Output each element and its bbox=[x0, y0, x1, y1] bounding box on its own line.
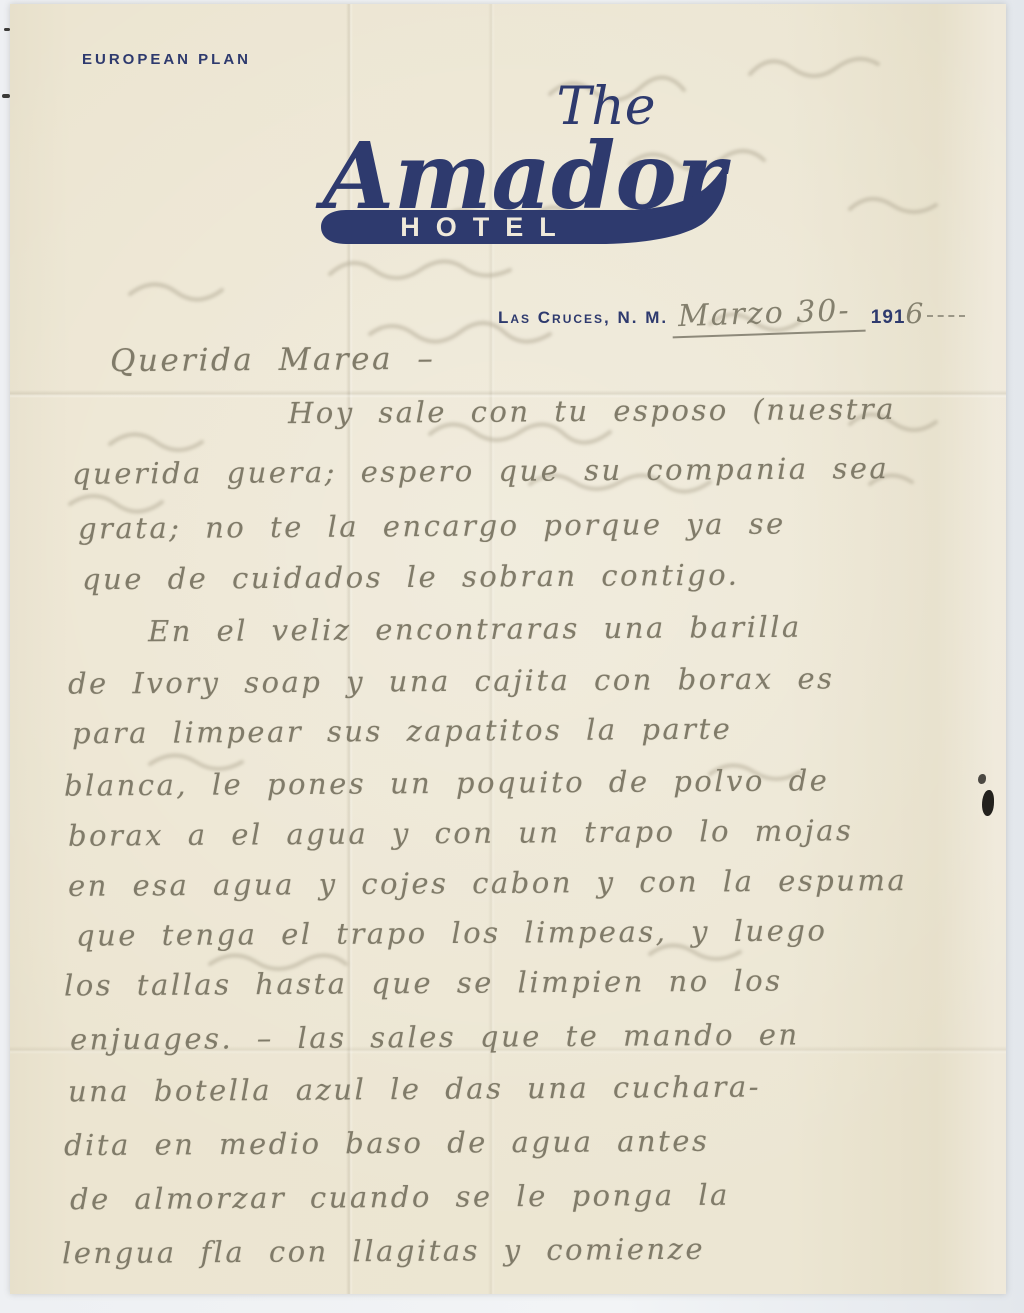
letter-line: En el veliz encontraras una barilla bbox=[148, 610, 802, 649]
ink-blot-right-edge bbox=[982, 790, 994, 816]
letter-line: dita en medio baso de agua antes bbox=[64, 1124, 710, 1163]
amador-hotel-logo: The Amador HOTEL bbox=[306, 56, 742, 268]
handwritten-year-digit: 6 bbox=[906, 297, 924, 330]
letter-line: en esa agua y cojes cabon y con la espum… bbox=[68, 863, 907, 903]
letter-line: para limpear sus zapatitos la parte bbox=[72, 712, 733, 751]
city-printed-text: Las Cruces, N. M. bbox=[498, 308, 668, 327]
letter-line: blanca, le pones un poquito de polvo de bbox=[64, 763, 830, 802]
ink-blot-right-edge bbox=[978, 774, 986, 784]
letter-line: querida guera; espero que su compania se… bbox=[72, 451, 889, 491]
letter-line: grata; no te la encargo porque ya se bbox=[78, 507, 786, 546]
letter-line: que tenga el trapo los limpeas, y luego bbox=[76, 913, 828, 952]
logo-hotel-text: HOTEL bbox=[400, 212, 572, 242]
letter-line: que de cuidados le sobran contigo. bbox=[82, 558, 740, 597]
letter-line: una botella azul le das una cuchara- bbox=[68, 1070, 761, 1109]
letter-line: de Ivory soap y una cajita con borax es bbox=[68, 661, 835, 700]
printed-year-prefix: 191 bbox=[871, 307, 906, 328]
letter-line: Hoy sale con tu esposo (nuestra bbox=[288, 392, 896, 430]
scanner-edge-mark bbox=[4, 28, 10, 31]
european-plan-label: EUROPEAN PLAN bbox=[82, 51, 251, 68]
letter-line: de almorzar cuando se le ponga la bbox=[70, 1178, 730, 1217]
handwritten-date: Marzo 30- bbox=[672, 293, 866, 339]
salutation: Querida Marea – bbox=[110, 341, 436, 379]
letter-line: los tallas hasta que se limpien no los bbox=[64, 963, 783, 1002]
letter-line: borax a el agua y con un trapo lo mojas bbox=[68, 813, 854, 852]
year-underline-dash bbox=[927, 315, 965, 317]
scanned-letter: EUROPEAN PLAN The Amador HOTEL Las Cruce… bbox=[0, 0, 1024, 1313]
city-date-line: Las Cruces, N. M.Marzo 30-1916 bbox=[498, 296, 965, 335]
letter-paper: EUROPEAN PLAN The Amador HOTEL Las Cruce… bbox=[10, 4, 1006, 1294]
scanner-edge-mark bbox=[2, 94, 10, 98]
letter-line: enjuages. – las sales que te mando en bbox=[70, 1017, 800, 1056]
letter-line: lengua fla con llagitas y comienze bbox=[62, 1232, 705, 1270]
